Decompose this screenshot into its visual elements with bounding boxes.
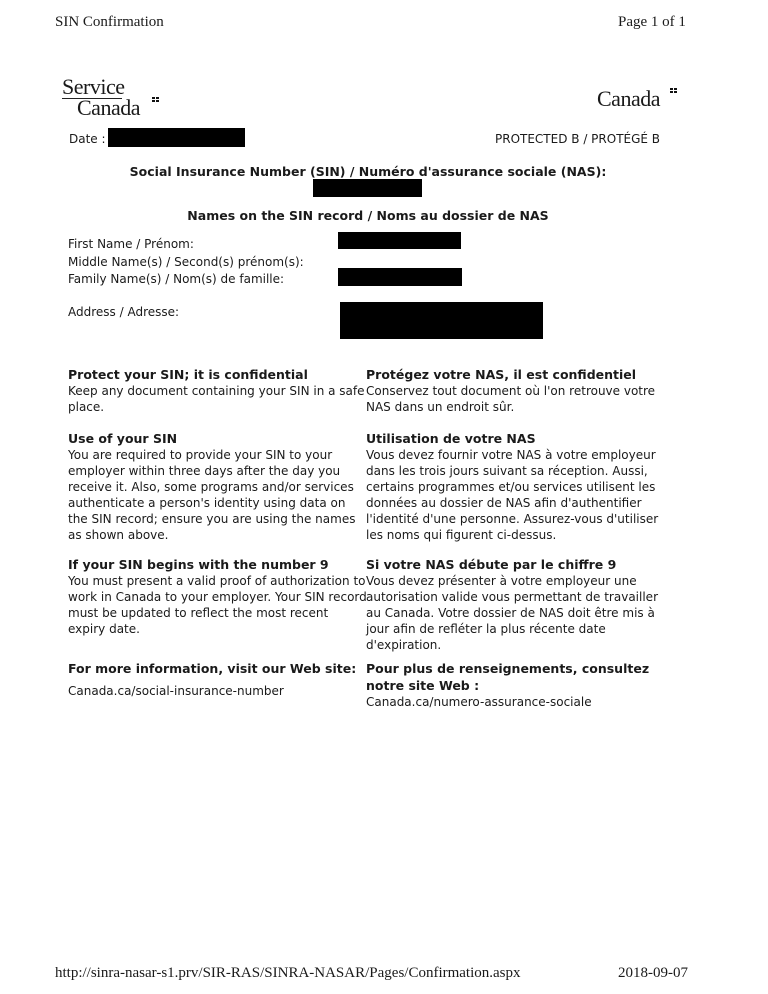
- names-section-title: Names on the SIN record / Noms au dossie…: [0, 208, 736, 223]
- section-heading: Utilisation de votre NAS: [366, 430, 666, 447]
- section-number-9-fr: Si votre NAS débute par le chiffre 9 Vou…: [366, 556, 666, 653]
- section-heading: If your SIN begins with the number 9: [68, 556, 368, 573]
- print-footer-date: 2018-09-07: [618, 965, 688, 982]
- address-redaction: [340, 302, 543, 339]
- website-link[interactable]: Canada.ca/numero-assurance-sociale: [366, 694, 666, 710]
- middle-name-label: Middle Name(s) / Second(s) prénom(s):: [68, 254, 304, 270]
- section-heading: Protect your SIN; it is confidential: [68, 366, 368, 383]
- classification-label: PROTECTED B / PROTÉGÉ B: [495, 132, 660, 146]
- print-header-page-number: Page 1 of 1: [618, 14, 686, 31]
- section-heading: Pour plus de renseignements, consultez n…: [366, 660, 666, 694]
- print-footer-url: http://sinra-nasar-s1.prv/SIR-RAS/SINRA-…: [55, 965, 521, 982]
- section-body: Conservez tout document où l'on retrouve…: [366, 383, 666, 415]
- section-protect-fr: Protégez votre NAS, il est confidentiel …: [366, 366, 666, 415]
- section-use-en: Use of your SIN You are required to prov…: [68, 430, 368, 543]
- date-label: Date :: [69, 132, 106, 146]
- flag-icon: [670, 88, 680, 94]
- flag-icon: [152, 97, 162, 103]
- section-body: You must present a valid proof of author…: [68, 573, 368, 637]
- service-canada-logo: Service Canada: [62, 76, 162, 124]
- section-body: You are required to provide your SIN to …: [68, 447, 368, 543]
- section-number-9-en: If your SIN begins with the number 9 You…: [68, 556, 368, 637]
- address-label: Address / Adresse:: [68, 304, 179, 320]
- canada-wordmark: Canada: [597, 86, 660, 112]
- section-more-info-fr: Pour plus de renseignements, consultez n…: [366, 660, 666, 710]
- section-heading: For more information, visit our Web site…: [68, 660, 368, 677]
- family-name-redaction: [338, 268, 462, 286]
- section-body: Keep any document containing your SIN in…: [68, 383, 368, 415]
- canada-wordmark-text: Canada: [597, 86, 660, 111]
- date-redaction: [108, 128, 245, 147]
- family-name-label: Family Name(s) / Nom(s) de famille:: [68, 271, 284, 287]
- section-heading: Protégez votre NAS, il est confidentiel: [366, 366, 666, 383]
- website-link[interactable]: Canada.ca/social-insurance-number: [68, 683, 368, 699]
- section-protect-en: Protect your SIN; it is confidential Kee…: [68, 366, 368, 415]
- logo-line-canada: Canada: [77, 96, 140, 120]
- section-body: Vous devez présenter à votre employeur u…: [366, 573, 666, 653]
- sin-redaction: [313, 179, 422, 197]
- sin-title: Social Insurance Number (SIN) / Numéro d…: [0, 164, 736, 179]
- first-name-label: First Name / Prénom:: [68, 236, 194, 252]
- section-heading: Use of your SIN: [68, 430, 368, 447]
- first-name-redaction: [338, 232, 461, 249]
- section-use-fr: Utilisation de votre NAS Vous devez four…: [366, 430, 666, 543]
- section-more-info-en: For more information, visit our Web site…: [68, 660, 368, 699]
- section-heading: Si votre NAS débute par le chiffre 9: [366, 556, 666, 573]
- print-header-title: SIN Confirmation: [55, 14, 164, 31]
- section-body: Vous devez fournir votre NAS à votre emp…: [366, 447, 666, 543]
